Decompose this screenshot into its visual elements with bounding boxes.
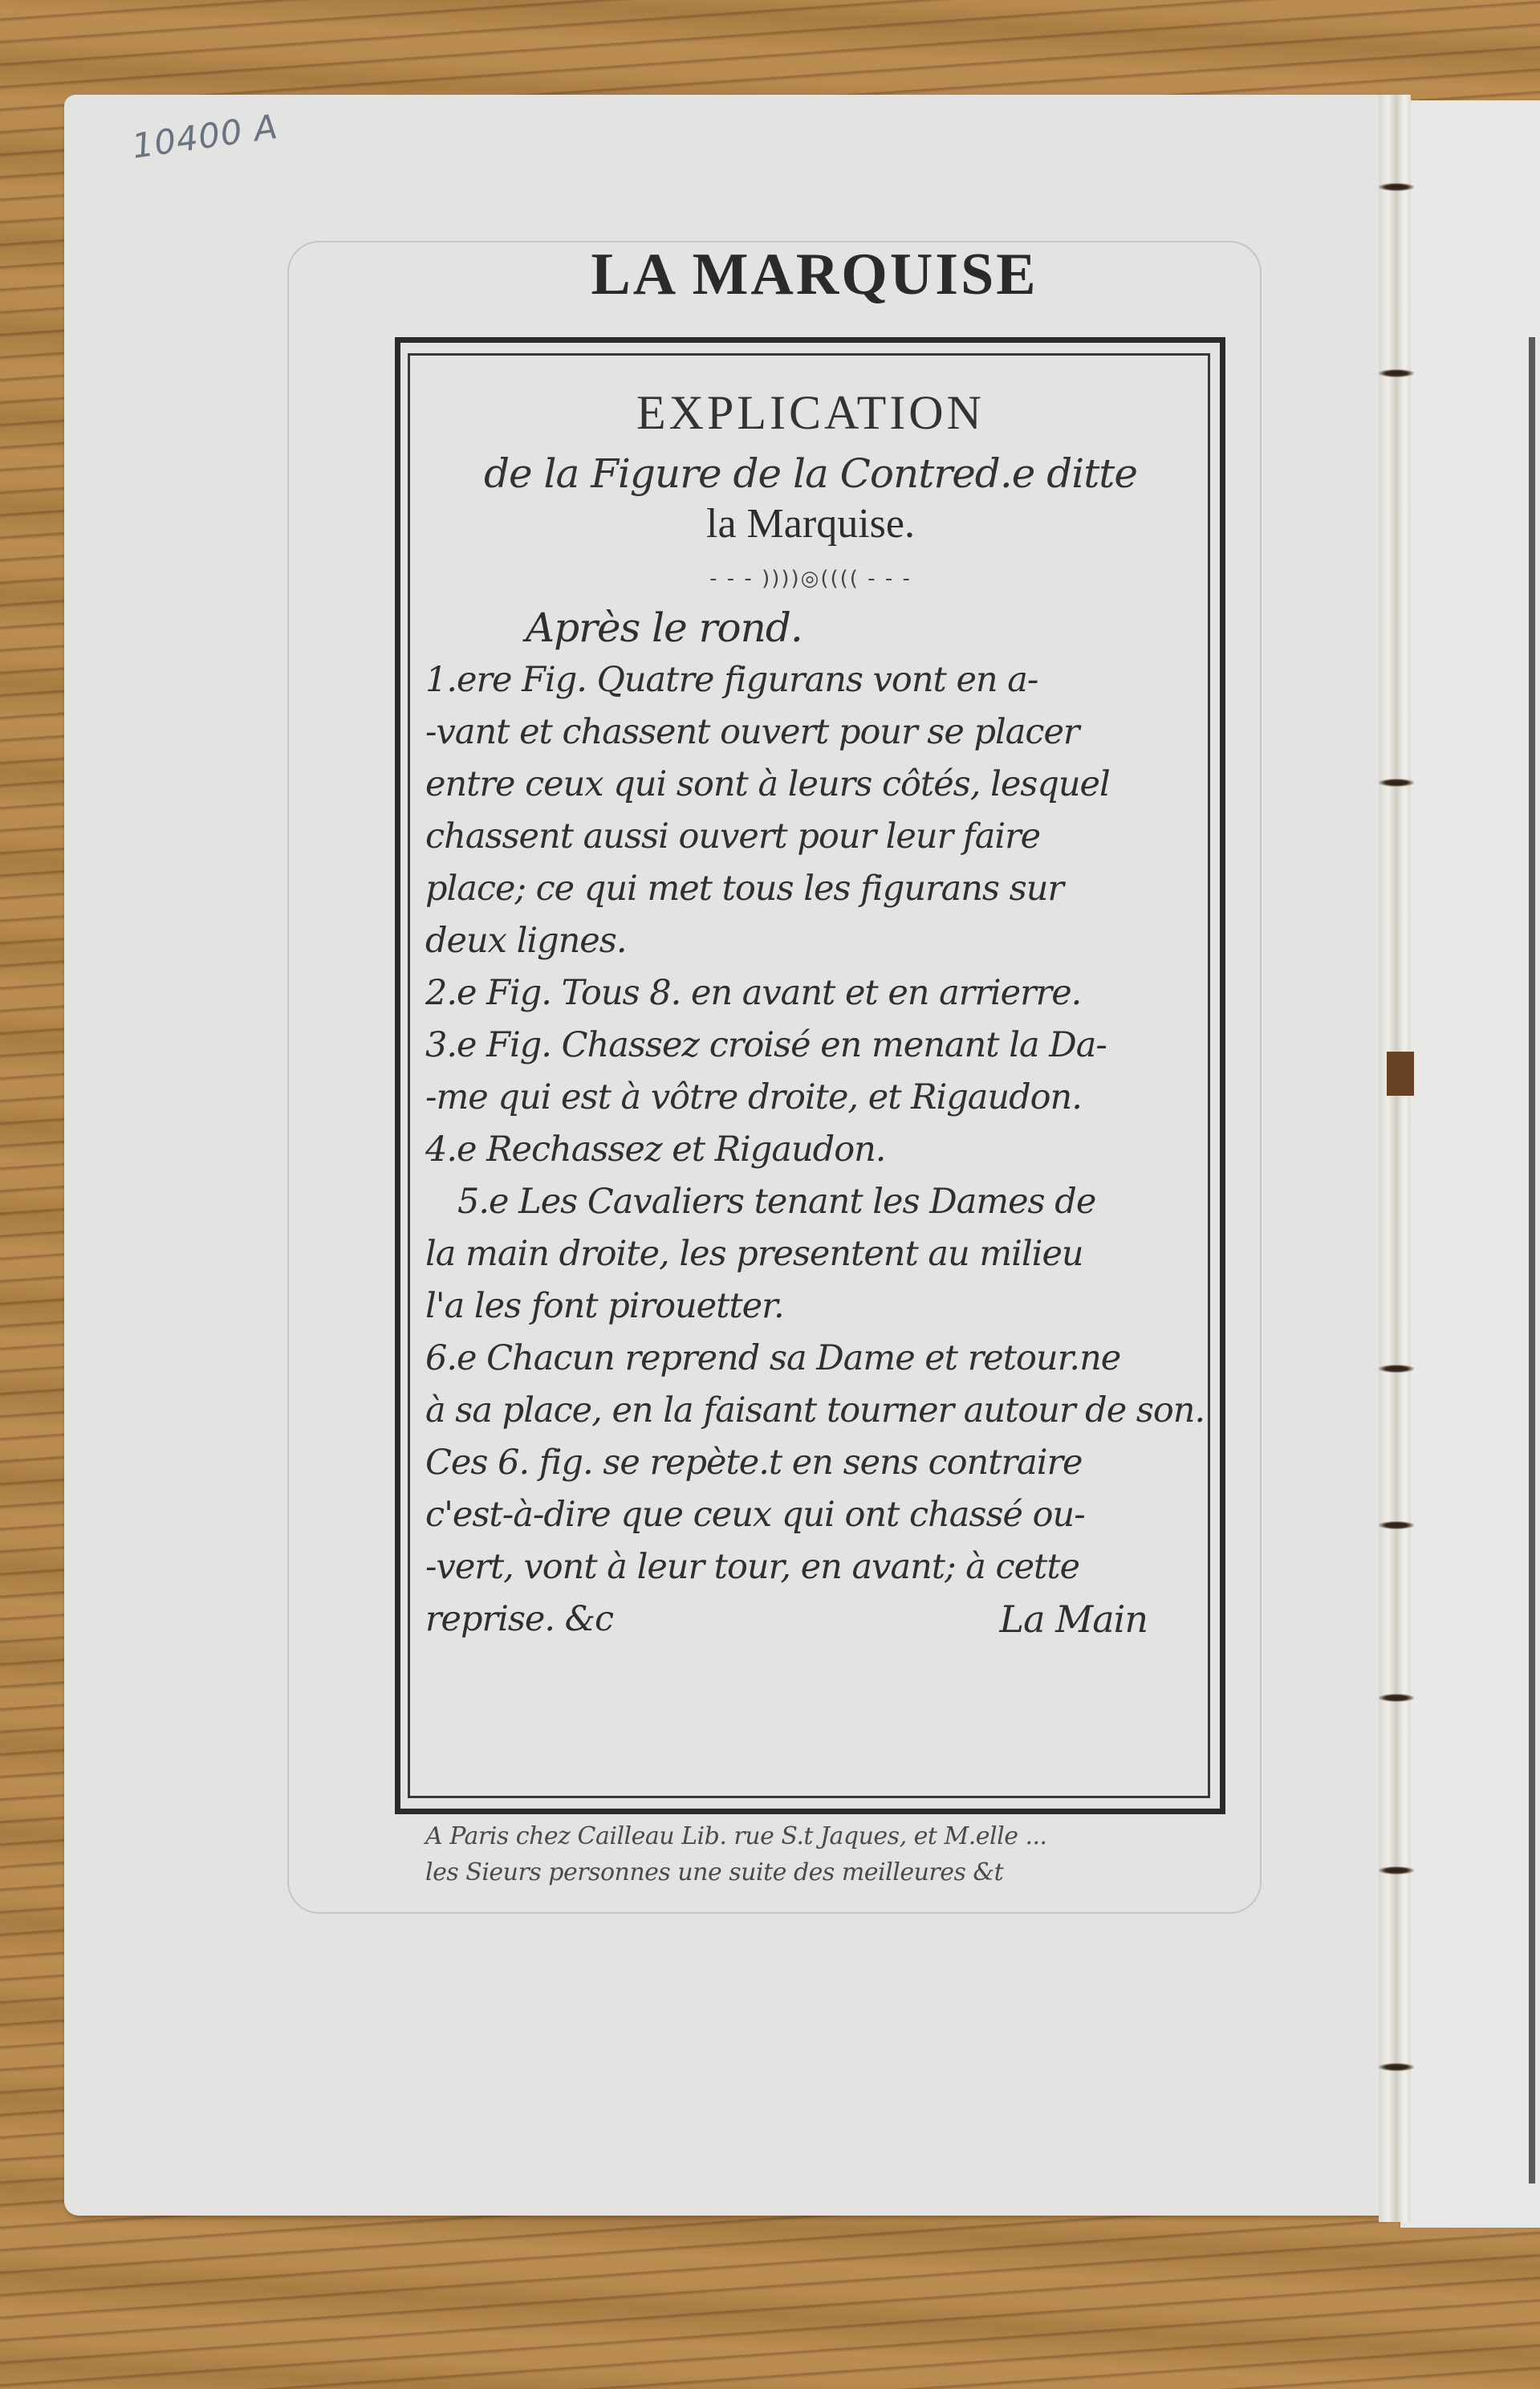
ornament-divider: - - - ))))◎(((( - - - <box>425 567 1196 591</box>
closing-line: reprise. &c La Main <box>425 1593 1196 1646</box>
text-line: 1.ere Fig. Quatre figurans vont en a- <box>425 654 1196 706</box>
adjacent-page-frame-edge <box>1529 337 1535 2183</box>
text-line: deux lignes. <box>425 915 1196 967</box>
explication-heading: EXPLICATION <box>425 385 1196 441</box>
text-line: -me qui est à vôtre droite, et Rigaudon. <box>425 1072 1196 1124</box>
text-line: à sa place, en la faisant tourner autour… <box>425 1385 1196 1437</box>
text-line: 5.e Les Cavaliers tenant les Dames de <box>425 1176 1196 1228</box>
text-line: place; ce qui met tous les figurans sur <box>425 863 1196 915</box>
paper-tear <box>1387 1052 1414 1096</box>
binding-stitch <box>1379 1694 1414 1702</box>
imprint-line2: les Sieurs personnes une suite des meill… <box>425 1854 1268 1890</box>
text-line: -vant et chassent ouvert pour se placer <box>425 706 1196 759</box>
binding-spine <box>1379 95 1411 2222</box>
binding-stitch <box>1379 1521 1414 1529</box>
binding-stitch <box>1379 779 1414 787</box>
text-line: entre ceux qui sont à leurs côtés, lesqu… <box>425 759 1196 811</box>
binding-stitch <box>1379 183 1414 191</box>
intro-line: Après le rond. <box>425 602 1196 654</box>
text-line: 6.e Chacun reprend sa Dame et retour.ne <box>425 1333 1196 1385</box>
text-line: l'a les font pirouetter. <box>425 1280 1196 1333</box>
subheading-line2: la Marquise. <box>425 500 1196 547</box>
subheading-line1: de la Figure de la Contred.e ditte <box>425 450 1196 497</box>
text-line: 4.e Rechassez et Rigaudon. <box>425 1124 1196 1176</box>
binding-stitch <box>1379 1866 1414 1874</box>
adjacent-page <box>1400 100 1540 2228</box>
binding-stitch <box>1379 2063 1414 2071</box>
text-line: chassent aussi ouvert pour leur faire <box>425 811 1196 863</box>
binding-stitch <box>1379 369 1414 377</box>
text-line: 2.e Fig. Tous 8. en avant et en arrierre… <box>425 967 1196 1019</box>
plate-content: EXPLICATION de la Figure de la Contred.e… <box>425 377 1196 1646</box>
imprint-line1: A Paris chez Cailleau Lib. rue S.t Jaque… <box>425 1818 1268 1854</box>
text-line: Ces 6. fig. se repète.t en sens contrair… <box>425 1437 1196 1489</box>
text-line: 3.e Fig. Chassez croisé en menant la Da- <box>425 1019 1196 1072</box>
publisher-imprint: A Paris chez Cailleau Lib. rue S.t Jaque… <box>425 1818 1268 1890</box>
closing-right-la-main: La Main <box>1000 1593 1148 1646</box>
text-line: la main droite, les presentent au milieu <box>425 1228 1196 1280</box>
binding-stitch <box>1379 1365 1414 1373</box>
text-line: c'est-à-dire que ceux qui ont chassé ou- <box>425 1489 1196 1541</box>
plate-title: LA MARQUISE <box>401 241 1228 309</box>
dance-figures-text: Après le rond. 1.ere Fig. Quatre figuran… <box>425 602 1196 1646</box>
text-line: -vert, vont à leur tour, en avant; à cet… <box>425 1541 1196 1593</box>
closing-left: reprise. &c <box>425 1593 613 1646</box>
